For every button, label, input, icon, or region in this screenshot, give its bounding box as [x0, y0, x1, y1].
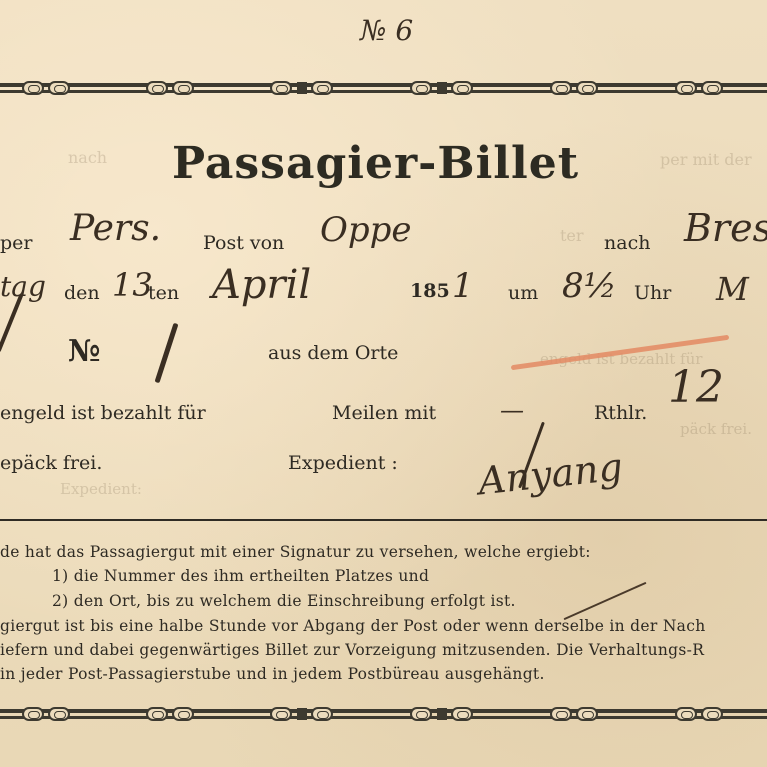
instruction-line-1: de hat das Passagiergut mit einer Signat… [0, 543, 591, 561]
instruction-line-2: 1) die Nummer des ihm ertheilten Platzes… [52, 567, 429, 585]
ghost-text-mit-der: per mit der [660, 150, 752, 169]
handwritten-carrier: Pers. [70, 208, 161, 249]
section-divider [0, 519, 767, 521]
ghost-text-expedient: Expedient: [60, 480, 142, 498]
instruction-line-3: 2) den Ort, bis zu welchem die Einschrei… [52, 592, 516, 610]
handwritten-month: April [212, 262, 311, 308]
instruction-line-5: iefern und dabei gegenwärtiges Billet zu… [0, 641, 704, 659]
label-year-prefix: 185 [410, 280, 450, 302]
label-uhr: Uhr [634, 282, 671, 304]
label-nach: nach [604, 232, 650, 254]
ghost-text-paeck: päck frei. [680, 420, 752, 438]
handwritten-day-prefix: tag [0, 270, 46, 303]
label-expedient: Expedient : [288, 452, 398, 474]
label-fare-paid: engeld ist bezahlt für [0, 402, 206, 424]
label-um: um [508, 282, 538, 304]
ticket-number: № 6 [360, 14, 413, 47]
handwritten-meilen: — [500, 396, 524, 424]
handwritten-hour: 8½ [562, 266, 617, 306]
handwritten-origin: Oppe [320, 210, 412, 250]
label-ten: ten [148, 282, 179, 304]
instruction-line-4: giergut ist bis eine halbe Stunde vor Ab… [0, 617, 705, 635]
top-ornamental-border [0, 81, 767, 95]
handwritten-bracket-flourish [563, 582, 646, 620]
bottom-ornamental-border [0, 707, 767, 721]
expedient-signature: Anyang [476, 445, 625, 504]
label-post-von: Post von [203, 232, 284, 254]
label-aus-dem-orte: aus dem Orte [268, 342, 398, 364]
label-meilen-mit: Meilen mit [332, 402, 436, 424]
ghost-text-nach: nach [68, 148, 107, 167]
handwritten-destination: Bres [684, 206, 767, 250]
label-number-sign: № [68, 334, 101, 369]
document-title: Passagier-Billet [172, 138, 579, 189]
handwritten-year-suffix: 1 [452, 266, 474, 306]
handwritten-day: 13 [112, 266, 153, 304]
instruction-line-6: in jeder Post-Passagierstube und in jede… [0, 665, 545, 683]
handwritten-seat-number [155, 323, 179, 384]
handwritten-amount: 12 [668, 362, 724, 413]
handwritten-trailing: M [716, 270, 749, 308]
ghost-text-ter: ter [560, 226, 584, 245]
label-luggage-free: epäck frei. [0, 452, 102, 474]
label-den: den [64, 282, 100, 304]
label-rthlr: Rthlr. [594, 402, 647, 424]
label-per: per [0, 232, 33, 254]
